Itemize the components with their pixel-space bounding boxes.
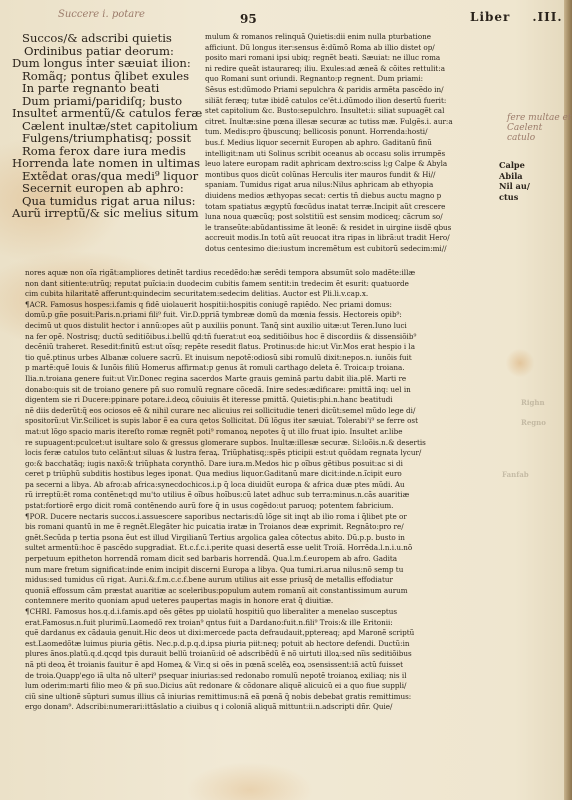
commentary-line: Sẽsus est:dũmodo Priami sepulchra & pari… (205, 85, 495, 96)
commentary-line: decimũ ut quos distulit hector i annũ:op… (25, 321, 495, 332)
commentary-line: tum. Medis:pro q̃buscunq; bellicosis pon… (205, 127, 495, 138)
commentary-line: spaniam. Tumidus rigat arua nilus:Nilus … (205, 180, 495, 191)
commentary-line: est.Laomedõtæ luimus piuria gẽtis. Nec.p… (25, 639, 495, 650)
commentary-line: ergo donam⁹. Adscribi:numerari:ittãslati… (25, 702, 495, 713)
commentary-line: midus:sed tumidus cũ rigat. Aur.i.&.f.m.… (25, 575, 495, 586)
commentary-line: cim cubita hilaritatẽ afferunt:quindecim… (25, 289, 495, 300)
commentary-line: quẽ dardanus ex cãdauia genuit.Hic deos … (25, 628, 495, 639)
verse-line: Aurũ irreptũ/& sic melius situm (12, 207, 212, 220)
commentary-line: nẽ diis dederũt:q̃ eos ociosos eẽ & nihi… (25, 406, 495, 417)
commentary-line: bis romani quantũ in me ẽ regnẽt.Elegãte… (25, 522, 495, 533)
commentary-line: leuo latere europam radit aphricam dextr… (205, 159, 495, 170)
manuscript-page: Succere i. potare fere multae et Caelent… (0, 0, 572, 800)
commentary-line: luna noua quæcũq; post solstitiũ est sen… (205, 212, 495, 223)
commentary-line: totam spatiatus ægyptũ fœcũdus inatat te… (205, 202, 495, 213)
handwritten-annotation-top: Succere i. potare (58, 10, 145, 20)
verse-text: Succos/& adscribi quietisOrdinibus patia… (12, 32, 212, 220)
commentary-line: diuidens medios æthyopas secat: certis t… (205, 191, 495, 202)
commentary-line: na fer opẽ. Nostrisq; ductũ seditiõibus.… (25, 332, 495, 343)
commentary-line: nores aquæ non oĩa rigãt:ampliores detin… (25, 268, 495, 279)
commentary-line: non dant sitiente:utrũq; reputat puĩcia:… (25, 279, 495, 290)
commentary-line: plures ãnos.platũ.q.d.qcqd tpis durauit … (25, 649, 495, 660)
running-head: Liber.III. (470, 10, 563, 24)
commentary-line: montibus quos dicũt colũnas Herculis ite… (205, 170, 495, 181)
commentary-line: nã pti deoꝝ ẽt troianis fauitur ẽ apd Ho… (25, 660, 495, 671)
commentary-line: sultet armentũ:hoc ẽ pascẽdo supgradiat.… (25, 543, 495, 554)
annotation-line: Caelent catulo (507, 123, 572, 143)
marginal-note: ctus (499, 192, 530, 203)
commentary-line: citret. Inultæ:sine pœna illesæ securæ a… (205, 117, 495, 128)
commentary-line: mulum & romanos relinquã Quietis:dii eni… (205, 32, 495, 43)
commentary-line: perpetuum epitheton horrendã romam dicit… (25, 554, 495, 565)
verse-line: Succos/& adscribi quietis (12, 32, 212, 45)
bleedthrough-text: Fanfab (502, 470, 529, 479)
commentary-line: siliãt feræq; tutæ ibidẽ catulos ce'ẽt.i… (205, 96, 495, 107)
commentary-line: ni redire queãt istaurareq; iliu. Exules… (205, 64, 495, 75)
commentary-line: locis feræ catulos tuto celãnt:ut siluas… (25, 448, 495, 459)
commentary-line: ¶POR. Ducere nectaris succos.i.assuescer… (25, 512, 495, 523)
marginal-note: Nil au/ (499, 181, 530, 192)
commentary-line: quo Romani sunt oriundi. Regnanto:p regn… (205, 74, 495, 85)
commentary-line: num mare fretum significat:inde enim inc… (25, 565, 495, 576)
commentary-line: bus.f. Medius liquor secernit Europen ab… (205, 138, 495, 149)
commentary-line: accreuit modis.In totũ aũt reuocat itra … (205, 233, 495, 244)
marginal-note: Calpe (499, 160, 530, 171)
running-head-label: Liber (470, 10, 510, 24)
commentary-line: rũ irreptũ:ẽt roma contẽnet:qd mu'to uti… (25, 490, 495, 501)
commentary-line: mat:ut lõgo spacio maris itereſto romæ r… (25, 427, 495, 438)
commentary-line: posito mari romani ipsi ubiq; regnẽt bea… (205, 53, 495, 64)
commentary-line: gnẽt.Secũda p tertia psona ẽut est illud… (25, 533, 495, 544)
commentary-line: stet capitolium &c. Busto:sepulchro. Ins… (205, 106, 495, 117)
verse-line: Secernit europen ab aphro: (12, 182, 212, 195)
commentary-line: intelligit:nam uti Solinus scribit ocean… (205, 149, 495, 160)
marginal-notes: Calpe Abila Nil au/ ctus (499, 160, 530, 202)
commentary-line: re supuagent:pculcet:ut isultare solo & … (25, 438, 495, 449)
verse-line: Horrenda late nomen in ultimas (12, 157, 212, 170)
running-head-number: .III. (532, 10, 562, 24)
commentary-line: le transeũte:abũdantissime ãt leonẽ: & r… (205, 223, 495, 234)
commentary-line: digentem sie ri Ducere:ppinare potare.i.… (25, 395, 495, 406)
verse-line: In parte regnanto beati (12, 82, 212, 95)
commentary-line: afficiunt. Dũ longus iter:sensus ẽ:dũmõ … (205, 43, 495, 54)
commentary-line: dotus centesimo die:iustum incremẽtum es… (205, 244, 495, 255)
commentary-line: ciũ sine ultionẽ sũpturi sumus illius cã… (25, 692, 495, 703)
commentary-line: donabo:quis sit de troiano genere pñ suo… (25, 385, 495, 396)
annotation-line: fere multae et (507, 113, 572, 123)
verse-line: Dum longus inter sæuiat ilion: (12, 57, 212, 70)
commentary-line: domũ.p gñe posuit:Paris.n.priami fili⁹ f… (25, 310, 495, 321)
commentary-line: contemnere merito quoniam apud ueteres p… (25, 596, 495, 607)
verse-line: Insultet armentũ/& catulos feræ (12, 107, 212, 120)
commentary-lower: nores aquæ non oĩa rigãt:ampliores detin… (25, 268, 495, 713)
bleedthrough-text: Regno (521, 418, 546, 427)
commentary-line: quoniã effossum cãm præstat auaritiæ ac … (25, 586, 495, 597)
commentary-line: ¶CHRI. Famosus hos.q.d.i.famis.apd oẽs g… (25, 607, 495, 618)
commentary-line: de troia.Quapp'ego iã ulta nõ ulteri⁹ ps… (25, 671, 495, 682)
commentary-line: decẽniũ traheret. Resedit:finitũ est:ut … (25, 342, 495, 353)
commentary-line: erat.Famosus.n.fuit plurimũ.Laomedõ rex … (25, 618, 495, 629)
verse-line: Fulgens/triumphatisq; possit (12, 132, 212, 145)
commentary-line: tio quẽ.ptinus urbes Albanæ coluere sacr… (25, 353, 495, 364)
commentary-line: p martẽ:quẽ Iouis & Iunõis filiũ Homerus… (25, 363, 495, 374)
commentary-upper: mulum & romanos relinquã Quietis:dii eni… (205, 32, 495, 254)
commentary-line: pa secerni a libya. Ab afro:ab africa:sy… (25, 480, 495, 491)
commentary-line: lum oderim:marti filio meo & pñ suo.Dici… (25, 681, 495, 692)
commentary-line: go:& bacchatãq; iugis naxõ:& triũphata c… (25, 459, 495, 470)
marginal-note: Abila (499, 171, 530, 182)
folio-number: 95 (240, 12, 257, 26)
commentary-line: ceret p triũphũ subditis hostibus leges … (25, 469, 495, 480)
commentary-line: ¶ACR. Famosus hospes:i.famis q fidẽ uiol… (25, 300, 495, 311)
bleedthrough-text: Righn (521, 398, 545, 407)
commentary-line: spositorũ:ut Vir.Scilicet is supis labor… (25, 416, 495, 427)
commentary-line: Ilia.n.troiana genere fuit:ut Vir.Donec … (25, 374, 495, 385)
commentary-line: pstat:fortiorẽ ergo dicit romã contẽnend… (25, 501, 495, 512)
handwritten-annotation-right: fere multae et Caelent catulo (507, 113, 572, 143)
